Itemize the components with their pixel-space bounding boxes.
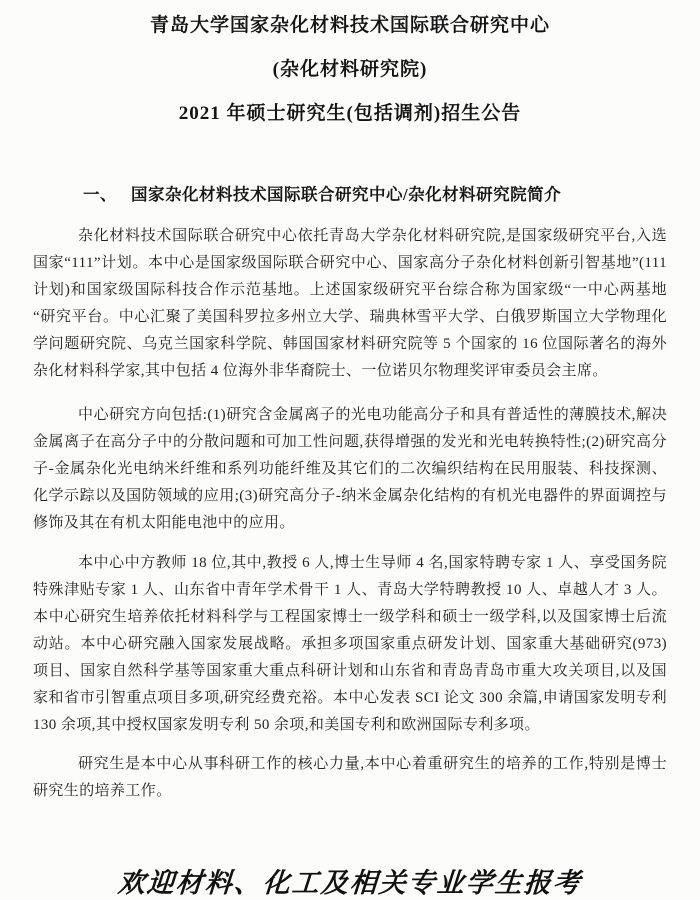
document-header: 青岛大学国家杂化材料技术国际联合研究中心 (杂化材料研究院) 2021 年硕士研… (33, 13, 667, 127)
document-title-line-1: 青岛大学国家杂化材料技术国际联合研究中心 (33, 13, 667, 39)
paragraph-center-intro: 杂化材料技术国际联合研究中心依托青岛大学杂化材料研究院,是国家级研究平台,入选国… (33, 223, 667, 385)
footer-slogan: 欢迎材料、化工及相关专业学生报考 (32, 861, 669, 900)
document-title-line-3: 2021 年硕士研究生(包括调剂)招生公告 (33, 101, 667, 127)
paragraph-graduate-training: 研究生是本中心从事科研工作的核心力量,本中心着重研究生的培养的工作,特别是博士研… (33, 751, 667, 805)
paragraph-research-directions: 中心研究方向包括:(1)研究含金属离子的光电功能高分子和具有普适性的薄膜技术,解… (33, 402, 667, 537)
document-title-line-2: (杂化材料研究院) (33, 57, 667, 83)
section-number: 一、 (83, 185, 117, 204)
document-body: 杂化材料技术国际联合研究中心依托青岛大学杂化材料研究院,是国家级研究平台,入选国… (33, 223, 667, 805)
section-heading: 一、国家杂化材料技术国际联合研究中心/杂化材料研究院简介 (33, 183, 667, 207)
section-title: 国家杂化材料技术国际联合研究中心/杂化材料研究院简介 (131, 185, 561, 204)
paragraph-faculty-and-achievements: 本中心中方教师 18 位,其中,教授 6 人,博士生导师 4 名,国家特聘专家 … (33, 550, 667, 739)
document-page: 青岛大学国家杂化材料技术国际联合研究中心 (杂化材料研究院) 2021 年硕士研… (0, 0, 700, 900)
